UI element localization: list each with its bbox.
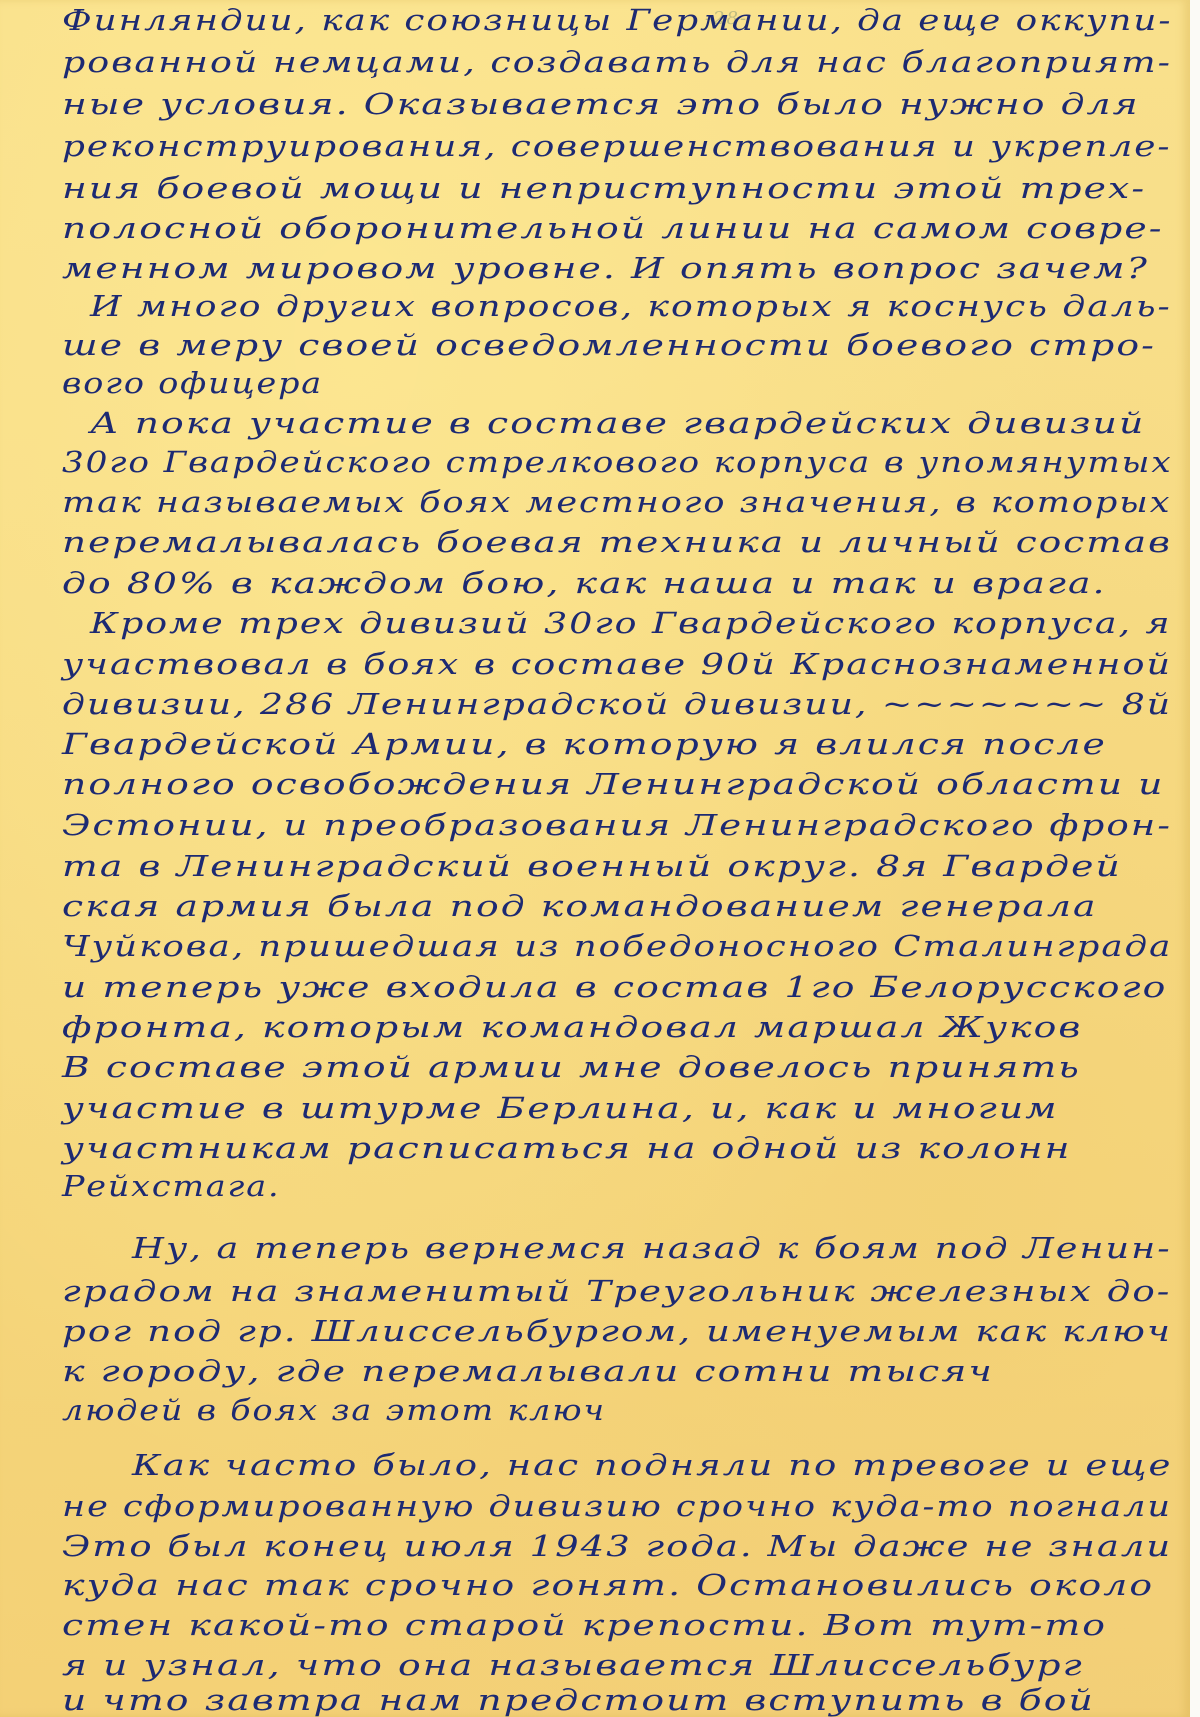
text-line: Эстонии, и преобразования Ленинградского… xyxy=(62,807,1172,844)
text-line: до 80% в каждом бою, как наша и так и вр… xyxy=(62,565,1107,602)
text-line: Кроме трех дивизий 30го Гвардейского кор… xyxy=(90,605,1172,642)
text-line: к городу, где перемалывали сотни тысяч xyxy=(62,1353,994,1390)
text-line: рованной немцами, создавать для нас благ… xyxy=(62,44,1172,81)
text-line: В составе этой армии мне довелось принят… xyxy=(62,1049,1081,1086)
text-line: И много других вопросов, которых я косну… xyxy=(90,288,1172,325)
text-line: рог под гр. Шлиссельбургом, именуемым ка… xyxy=(62,1313,1172,1350)
text-line: полосной оборонительной линии на самом с… xyxy=(62,210,1164,247)
text-line: я и узнал, что она называется Шлиссельбу… xyxy=(62,1647,1084,1684)
text-line: стен какой-то старой крепости. Вот тут-т… xyxy=(62,1607,1107,1644)
text-line: ше в меру своей осведомленности боевого … xyxy=(62,327,1156,364)
text-line: Рейхстага. xyxy=(62,1168,280,1205)
text-line: та в Ленинградский военный округ. 8я Гва… xyxy=(62,848,1122,885)
text-line: ния боевой мощи и неприступности этой тр… xyxy=(62,170,1146,207)
text-line: не сформированную дивизию срочно куда-то… xyxy=(62,1488,1172,1525)
text-line: Ну, а теперь вернемся назад к боям под Л… xyxy=(132,1230,1172,1267)
text-line: реконструирования, совершенствования и у… xyxy=(62,128,1171,165)
text-line: так называемых боях местного значения, в… xyxy=(62,484,1171,521)
text-line: Чуйкова, пришедшая из победоносного Стал… xyxy=(62,928,1172,965)
text-line: людей в боях за этот ключ xyxy=(62,1392,606,1429)
text-line: Это был конец июля 1943 года. Мы даже не… xyxy=(62,1528,1172,1565)
text-line: 30го Гвардейского стрелкового корпуса в … xyxy=(62,444,1172,481)
text-line: участвовал в боях в составе 90й Краснозн… xyxy=(62,646,1172,683)
text-line: и что завтра нам предстоит вступить в бо… xyxy=(62,1682,1095,1717)
text-line: фронта, которым командовал маршал Жуков xyxy=(62,1009,1082,1046)
text-line: полного освобождения Ленинградской облас… xyxy=(62,766,1165,803)
text-line: градом на знаменитый Треугольник железны… xyxy=(62,1273,1171,1310)
text-line: дивизии, 286 Ленинградской дивизии, ~~~~… xyxy=(62,686,1172,723)
text-line: ные условия. Оказывается это было нужно … xyxy=(62,86,1140,123)
text-line: А пока участие в составе гвардейских див… xyxy=(90,405,1145,442)
text-line: и теперь уже входила в состав 1го Белору… xyxy=(62,969,1167,1006)
text-line: участие в штурме Берлина, и, как и многи… xyxy=(62,1090,1059,1127)
text-line: куда нас так срочно гонят. Остановились … xyxy=(62,1567,1154,1604)
text-line: перемалывалась боевая техника и личный с… xyxy=(62,524,1172,561)
text-line: вого офицера xyxy=(62,365,323,402)
text-line: Финляндии, как союзницы Германии, да еще… xyxy=(62,2,1172,39)
text-line: Гвардейской Армии, в которую я влился по… xyxy=(62,726,1107,763)
text-line: ская армия была под командованием генера… xyxy=(62,888,1098,925)
text-line: участникам расписаться на одной из колон… xyxy=(62,1130,1072,1167)
page-edge xyxy=(1190,0,1200,1717)
text-line: Как часто было, нас подняли по тревоге и… xyxy=(132,1447,1172,1484)
text-line: менном мировом уровне. И опять вопрос за… xyxy=(62,250,1149,287)
